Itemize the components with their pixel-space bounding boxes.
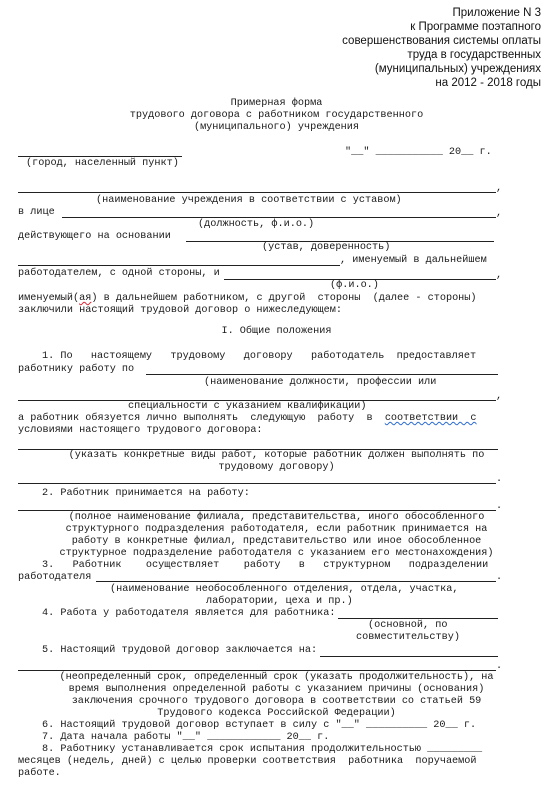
- referred-employee: именуемый(ая) в дальнейшем работником, с…: [18, 293, 477, 304]
- department-field[interactable]: [96, 581, 496, 582]
- clause-1-line-2: работнику работу по: [18, 364, 134, 375]
- institution-hint: (наименование учреждения в соответствии …: [96, 195, 402, 206]
- department-hint-2: лаборатории, цеха и пр.): [206, 596, 353, 607]
- document-subtitle-2: (муниципального) учреждения: [0, 122, 553, 133]
- comma: ,: [496, 391, 502, 402]
- term-field-2[interactable]: [18, 670, 496, 671]
- clause-2: 2. Работник принимается на работу:: [42, 488, 250, 499]
- clause-3-line-2: работодателя: [18, 572, 91, 583]
- representative-field[interactable]: [62, 217, 496, 218]
- work-types-field-2[interactable]: [18, 483, 496, 484]
- clause-8-line-2: месяцев (недель, дней) с целью проверки …: [18, 756, 477, 767]
- branch-hint-1: (полное наименование филиала, представит…: [0, 512, 553, 523]
- text: ) в дальнейшем работником, с другой стор…: [91, 293, 476, 304]
- branch-hint-2: структурного подразделения работодателя,…: [0, 524, 553, 535]
- term-hint-1: (неопределенный срок, определенный срок …: [0, 672, 553, 683]
- work-types-hint-1: (указать конкретные виды работ, которые …: [0, 450, 553, 461]
- appendix-line: на 2012 - 2018 годы: [342, 76, 541, 90]
- appendix-header: Приложение N 3 к Программе поэтапного со…: [342, 6, 541, 90]
- clause-1-line-1: 1. По настоящему трудовому договору рабо…: [42, 351, 476, 362]
- term-field[interactable]: [320, 656, 498, 657]
- qualification-hint: специальности с указанием квалификации): [128, 401, 366, 412]
- job-title-field[interactable]: [146, 374, 498, 375]
- clause-5: 5. Настоящий трудовой договор заключаетс…: [42, 645, 317, 656]
- appendix-line: Приложение N 3: [342, 6, 541, 20]
- clause-4: 4. Работа у работодателя является для ра…: [42, 608, 335, 619]
- acting-label: действующего на основании: [18, 231, 171, 242]
- appendix-line: к Программе поэтапного: [342, 20, 541, 34]
- basis-hint: (устав, доверенность): [262, 242, 390, 253]
- fio-hint: (ф.и.о.): [330, 280, 379, 291]
- period: .: [496, 661, 502, 672]
- clause-6: 6. Настоящий трудовой договор вступает в…: [42, 720, 476, 731]
- employment-type-field[interactable]: [338, 618, 498, 619]
- clause-1-line-3: а работник обязуется лично выполнять сле…: [18, 413, 477, 424]
- term-hint-3: заключения срочного трудового договора в…: [0, 696, 553, 707]
- appendix-line: (муниципальных) учреждениях: [342, 62, 541, 76]
- period: .: [496, 501, 502, 512]
- text: именуемый(: [18, 293, 79, 304]
- employer-field[interactable]: [18, 265, 340, 266]
- clause-8-line-3: работе.: [18, 768, 61, 779]
- comma: ,: [496, 208, 502, 219]
- clause-3-line-1: 3. Работник осуществляет работу в структ…: [42, 560, 488, 571]
- branch-hint-3: работу в конкретные филиал, представител…: [0, 536, 553, 547]
- in-person-label: в лице: [18, 207, 55, 218]
- clause-7: 7. Дата начала работы "__" ____________ …: [42, 732, 329, 743]
- job-title-hint: (наименование должности, профессии или: [204, 377, 436, 388]
- section-heading: I. Общие положения: [0, 326, 553, 337]
- document-title: Примерная форма: [0, 98, 553, 109]
- referred-employer: , именуемый в дальнейшем: [340, 255, 487, 266]
- appendix-line: совершенствования системы оплаты: [342, 34, 541, 48]
- branch-field[interactable]: [18, 510, 496, 511]
- comma: ,: [496, 183, 502, 194]
- term-hint-4: Трудового кодекса Российской Федерации): [0, 708, 553, 719]
- clause-8-line-1: 8. Работнику устанавливается срок испыта…: [42, 744, 482, 755]
- term-hint-2: время выполнения определенной работы с у…: [0, 684, 553, 695]
- employer-side: работодателем, с одной стороны, и: [18, 268, 220, 279]
- work-types-hint-2: трудовому договору): [0, 462, 553, 473]
- city-field[interactable]: [18, 156, 182, 157]
- department-hint-1: (наименование необособленного отделения,…: [110, 584, 458, 595]
- comma: ,: [496, 270, 502, 281]
- employment-type-hint-2: совместительству): [356, 632, 460, 643]
- period: .: [496, 572, 502, 583]
- contract-date[interactable]: "__" ___________ 20__ г.: [345, 147, 492, 158]
- grammar-mark: соответствии с: [385, 413, 477, 424]
- branch-hint-4: структурное подразделение работодателя с…: [0, 548, 553, 559]
- appendix-line: труда в государственных: [342, 48, 541, 62]
- city-hint: (город, населенный пункт): [26, 158, 179, 169]
- position-hint: (должность, ф.и.о.): [198, 219, 314, 230]
- text: а работник обязуется лично выполнять сле…: [18, 413, 385, 424]
- period: .: [496, 474, 502, 485]
- document-subtitle: трудового договора с работником государс…: [0, 110, 553, 121]
- concluded-text: заключили настоящий трудовой договор о н…: [18, 305, 342, 316]
- institution-field[interactable]: [18, 192, 496, 193]
- spellcheck-mark: ая: [79, 293, 91, 304]
- employment-type-hint-1: (основной, по: [368, 620, 447, 631]
- clause-1-line-4: условиями настоящего трудового договора:: [18, 425, 263, 436]
